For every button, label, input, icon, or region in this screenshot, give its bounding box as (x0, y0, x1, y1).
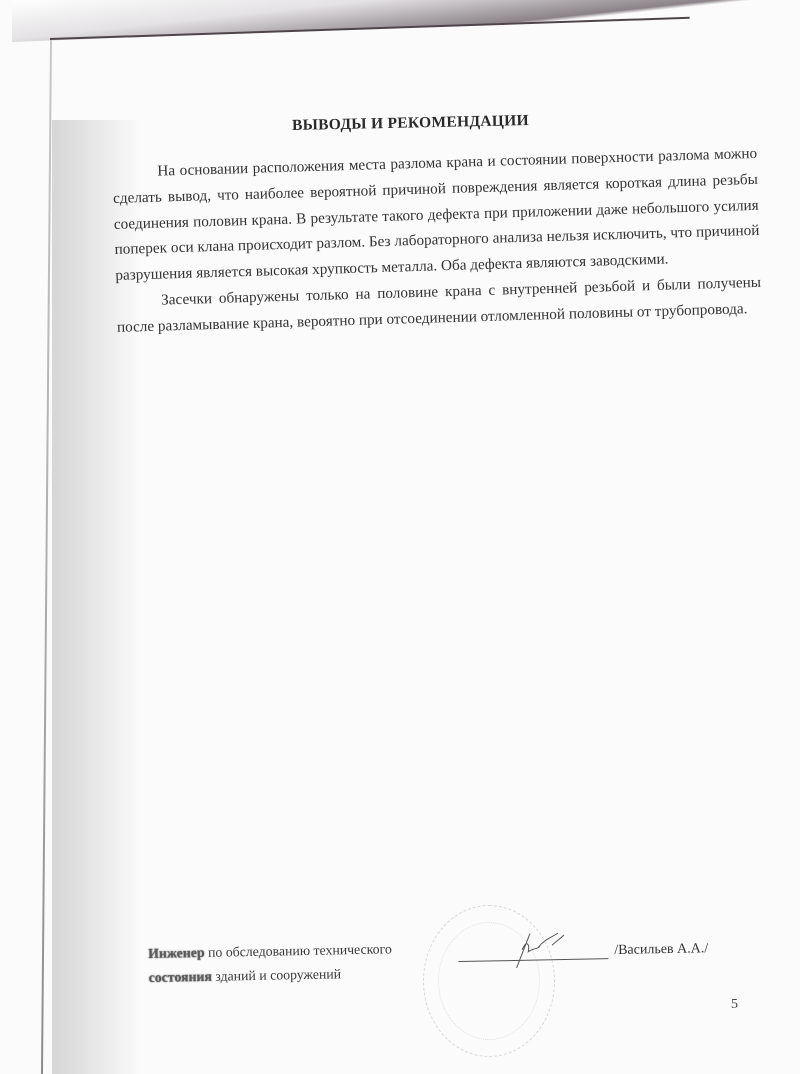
signer-name: /Васильев А.А./ (614, 941, 708, 959)
signer-role-word-2: состояния (149, 969, 212, 985)
signer-role-word-1: Инженер (148, 945, 205, 961)
paragraph-conclusion: На основании расположения места разлома … (112, 141, 761, 289)
signer-role-rest-2: зданий и сооружений (212, 966, 341, 983)
signer-role-rest-1: по обследованию технического (204, 941, 391, 960)
scan-left-edge (41, 40, 52, 1074)
handwritten-signature-icon (508, 929, 569, 970)
page-title: ВЫВОДЫ И РЕКОМЕНДАЦИИ (292, 112, 529, 135)
signature-block: Инженер по обследованию технического сос… (148, 930, 769, 990)
page-number: 5 (731, 997, 738, 1013)
scanned-page: ВЫВОДЫ И РЕКОМЕНДАЦИИ На основании распо… (0, 0, 800, 1074)
body-text: На основании расположения места разлома … (112, 141, 762, 341)
